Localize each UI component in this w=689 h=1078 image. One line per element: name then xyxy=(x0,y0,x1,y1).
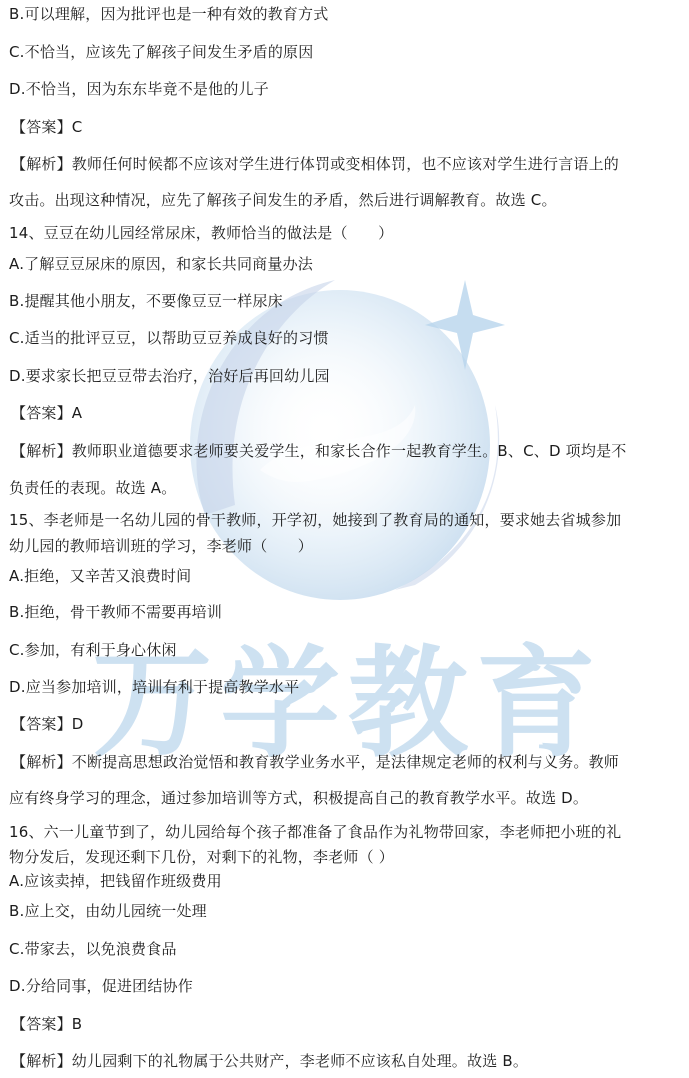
option-c: C.适当的批评豆豆，以帮助豆豆养成良好的习惯 xyxy=(9,328,683,348)
option-c: C.参加，有利于身心休闲 xyxy=(9,640,683,660)
option-d: D.要求家长把豆豆带去治疗，治好后再回幼儿园 xyxy=(9,366,683,386)
answer-label: 【答案】C xyxy=(11,117,683,137)
analysis-line: 负责任的表现。故选 A。 xyxy=(9,478,683,498)
answer-label: 【答案】B xyxy=(11,1014,683,1034)
analysis-line: 应有终身学习的理念，通过参加培训等方式，积极提高自己的教育教学水平。故选 D。 xyxy=(9,788,683,808)
option-a: A.拒绝，又辛苦又浪费时间 xyxy=(9,566,683,586)
answer-label: 【答案】A xyxy=(11,403,683,423)
analysis-line: 【解析】不断提高思想政治觉悟和教育教学业务水平，是法律规定老师的权利与义务。教师 xyxy=(11,752,683,772)
analysis-line: 【解析】教师任何时候都不应该对学生进行体罚或变相体罚，也不应该对学生进行言语上的 xyxy=(11,154,683,174)
option-b: B.提醒其他小朋友，不要像豆豆一样尿床 xyxy=(9,291,683,311)
question-text: 物分发后，发现还剩下几份，对剩下的礼物，李老师（ ） xyxy=(9,847,683,867)
option-a: A.了解豆豆尿床的原因，和家长共同商量办法 xyxy=(9,254,683,274)
question-text: 幼儿园的教师培训班的学习，李老师（ ） xyxy=(9,536,683,556)
option-b: B.应上交，由幼儿园统一处理 xyxy=(9,901,683,921)
question-text: 15、李老师是一名幼儿园的骨干教师，开学初，她接到了教育局的通知，要求她去省城参… xyxy=(9,510,683,530)
analysis-line: 【解析】教师职业道德要求老师要关爱学生，和家长合作一起教育学生。B、C、D 项均… xyxy=(11,441,683,461)
analysis-line: 攻击。出现这种情况，应先了解孩子间发生的矛盾，然后进行调解教育。故选 C。 xyxy=(9,190,683,210)
option-b: B.拒绝，骨干教师不需要再培训 xyxy=(9,602,683,622)
question-text: 16、六一儿童节到了，幼儿园给每个孩子都准备了食品作为礼物带回家，李老师把小班的… xyxy=(9,822,683,842)
analysis-line: 【解析】幼儿园剩下的礼物属于公共财产，李老师不应该私自处理。故选 B。 xyxy=(11,1051,683,1071)
option-a: A.应该卖掉，把钱留作班级费用 xyxy=(9,871,683,891)
question-text: 14、豆豆在幼儿园经常尿床，教师恰当的做法是（ ） xyxy=(9,223,683,243)
option-c: C.带家去，以免浪费食品 xyxy=(9,939,683,959)
option-d: D.分给同事，促进团结协作 xyxy=(9,976,683,996)
option-b: B.可以理解，因为批评也是一种有效的教育方式 xyxy=(9,4,683,24)
answer-label: 【答案】D xyxy=(11,714,683,734)
option-c: C.不恰当，应该先了解孩子间发生矛盾的原因 xyxy=(9,42,683,62)
option-d: D.不恰当，因为东东毕竟不是他的儿子 xyxy=(9,79,683,99)
option-d: D.应当参加培训，培训有利于提高教学水平 xyxy=(9,677,683,697)
